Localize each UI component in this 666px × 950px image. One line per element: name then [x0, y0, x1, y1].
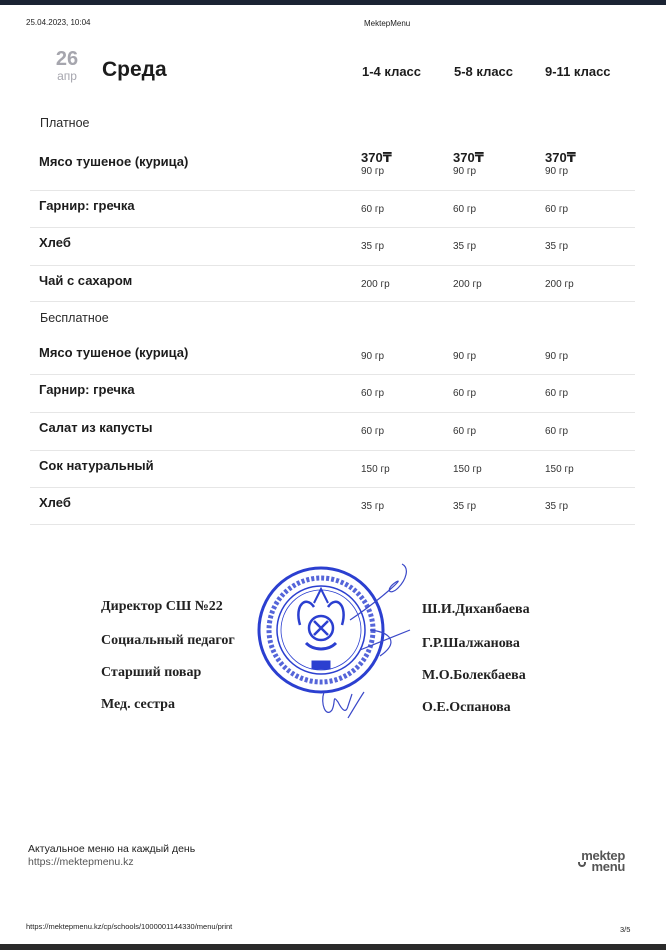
weight: 60 гр [361, 387, 384, 400]
signature-name: М.О.Болекбаева [422, 668, 526, 684]
weight: 90 гр [545, 165, 576, 178]
portion-cell: 60 гр [361, 425, 384, 438]
portion-cell: 370₸90 гр [361, 151, 392, 178]
weight: 35 гр [361, 240, 384, 253]
portion-cell: 200 гр [361, 278, 390, 291]
table-row: Сок натуральный150 гр150 гр150 гр [30, 451, 635, 488]
portion-cell: 35 гр [545, 240, 568, 253]
mektepmenu-logo: mektep menu [575, 848, 625, 876]
table-row: Гарнир: гречка60 гр60 гр60 гр [30, 191, 635, 228]
table-row: Мясо тушеное (курица)370₸90 гр370₸90 гр3… [30, 142, 635, 191]
page-number: 3/5 [620, 925, 630, 934]
dish-name: Салат из капусты [39, 420, 153, 435]
weight: 60 гр [545, 203, 568, 216]
column-header-1-4: 1-4 класс [362, 64, 421, 79]
portion-cell: 60 гр [361, 387, 384, 400]
weight: 200 гр [545, 278, 574, 291]
weight: 60 гр [453, 203, 476, 216]
signature-name: О.Е.Оспанова [422, 700, 511, 716]
price: 370₸ [453, 151, 484, 165]
portion-cell: 60 гр [545, 425, 568, 438]
signature-scribble [310, 560, 420, 670]
price: 370₸ [361, 151, 392, 165]
signature-role: Мед. сестра [101, 697, 175, 713]
weight: 60 гр [545, 387, 568, 400]
signature-name: Ш.И.Диханбаева [422, 602, 530, 618]
footer-info: Актуальное меню на каждый день https://m… [28, 843, 195, 869]
weight: 150 гр [361, 463, 390, 476]
portion-cell: 370₸90 гр [453, 151, 484, 178]
portion-cell: 370₸90 гр [545, 151, 576, 178]
portion-cell: 150 гр [361, 463, 390, 476]
column-header-9-11: 9-11 класс [545, 64, 611, 79]
date-badge: 26 апр [50, 48, 84, 82]
section-label: Платное [40, 116, 90, 130]
logo-line-2: menu [592, 859, 625, 874]
dish-name: Мясо тушеное (курица) [39, 154, 188, 169]
dish-name: Гарнир: гречка [39, 198, 135, 213]
weight: 90 гр [361, 350, 384, 363]
print-footer-url: https://mektepmenu.kz/cp/schools/1000001… [26, 922, 232, 931]
portion-cell: 60 гр [453, 203, 476, 216]
dish-name: Чай с сахаром [39, 273, 132, 288]
portion-cell: 35 гр [361, 240, 384, 253]
weight: 60 гр [453, 425, 476, 438]
weight: 35 гр [453, 240, 476, 253]
section-label: Бесплатное [40, 311, 109, 325]
dish-name: Сок натуральный [39, 458, 154, 473]
portion-cell: 60 гр [453, 425, 476, 438]
portion-cell: 150 гр [545, 463, 574, 476]
portion-cell: 60 гр [545, 203, 568, 216]
weight: 90 гр [361, 165, 392, 178]
price: 370₸ [545, 151, 576, 165]
portion-cell: 35 гр [453, 500, 476, 513]
weight: 90 гр [453, 165, 484, 178]
portion-cell: 90 гр [453, 350, 476, 363]
dish-name: Хлеб [39, 495, 71, 510]
weight: 90 гр [545, 350, 568, 363]
scan-edge-top [0, 0, 666, 5]
footer-tagline: Актуальное меню на каждый день [28, 843, 195, 856]
weight: 35 гр [361, 500, 384, 513]
weight: 200 гр [453, 278, 482, 291]
portion-cell: 200 гр [545, 278, 574, 291]
weight: 35 гр [545, 500, 568, 513]
portion-cell: 35 гр [361, 500, 384, 513]
portion-cell: 60 гр [453, 387, 476, 400]
weight: 60 гр [361, 203, 384, 216]
table-row: Мясо тушеное (курица)90 гр90 гр90 гр [30, 338, 635, 375]
table-row: Чай с сахаром200 гр200 гр200 гр [30, 266, 635, 302]
weight: 60 гр [453, 387, 476, 400]
portion-cell: 60 гр [545, 387, 568, 400]
scan-edge-bottom [0, 944, 666, 950]
weight: 90 гр [453, 350, 476, 363]
table-row: Салат из капусты60 гр60 гр60 гр [30, 413, 635, 451]
weight: 35 гр [453, 500, 476, 513]
table-row: Хлеб35 гр35 гр35 гр [30, 228, 635, 266]
portion-cell: 90 гр [545, 350, 568, 363]
signature-role: Социальный педагог [101, 633, 235, 649]
portion-cell: 35 гр [545, 500, 568, 513]
weight: 150 гр [453, 463, 482, 476]
page-title: Среда [102, 58, 167, 82]
day-month: апр [50, 70, 84, 82]
table-row: Гарнир: гречка60 гр60 гр60 гр [30, 375, 635, 413]
signature-role: Директор СШ №22 [101, 599, 223, 615]
column-header-5-8: 5-8 класс [454, 64, 513, 79]
dish-name: Мясо тушеное (курица) [39, 345, 188, 360]
footer-url-link[interactable]: https://mektepmenu.kz [28, 856, 195, 869]
weight: 150 гр [545, 463, 574, 476]
weight: 200 гр [361, 278, 390, 291]
weight: 60 гр [545, 425, 568, 438]
dish-name: Гарнир: гречка [39, 382, 135, 397]
portion-cell: 60 гр [361, 203, 384, 216]
table-row: Хлеб35 гр35 гр35 гр [30, 488, 635, 525]
print-header: 25.04.2023, 10:04 MektepMenu [26, 18, 640, 32]
portion-cell: 200 гр [453, 278, 482, 291]
day-number: 26 [50, 48, 84, 70]
weight: 60 гр [361, 425, 384, 438]
portion-cell: 35 гр [453, 240, 476, 253]
signature-role: Старший повар [101, 665, 201, 681]
weight: 35 гр [545, 240, 568, 253]
portion-cell: 90 гр [361, 350, 384, 363]
dish-name: Хлеб [39, 235, 71, 250]
signature-scribble [318, 688, 366, 722]
print-site-name: MektepMenu [364, 19, 410, 28]
signature-name: Г.Р.Шалжанова [422, 636, 520, 652]
smile-icon [578, 862, 586, 867]
print-timestamp: 25.04.2023, 10:04 [26, 18, 91, 27]
portion-cell: 150 гр [453, 463, 482, 476]
